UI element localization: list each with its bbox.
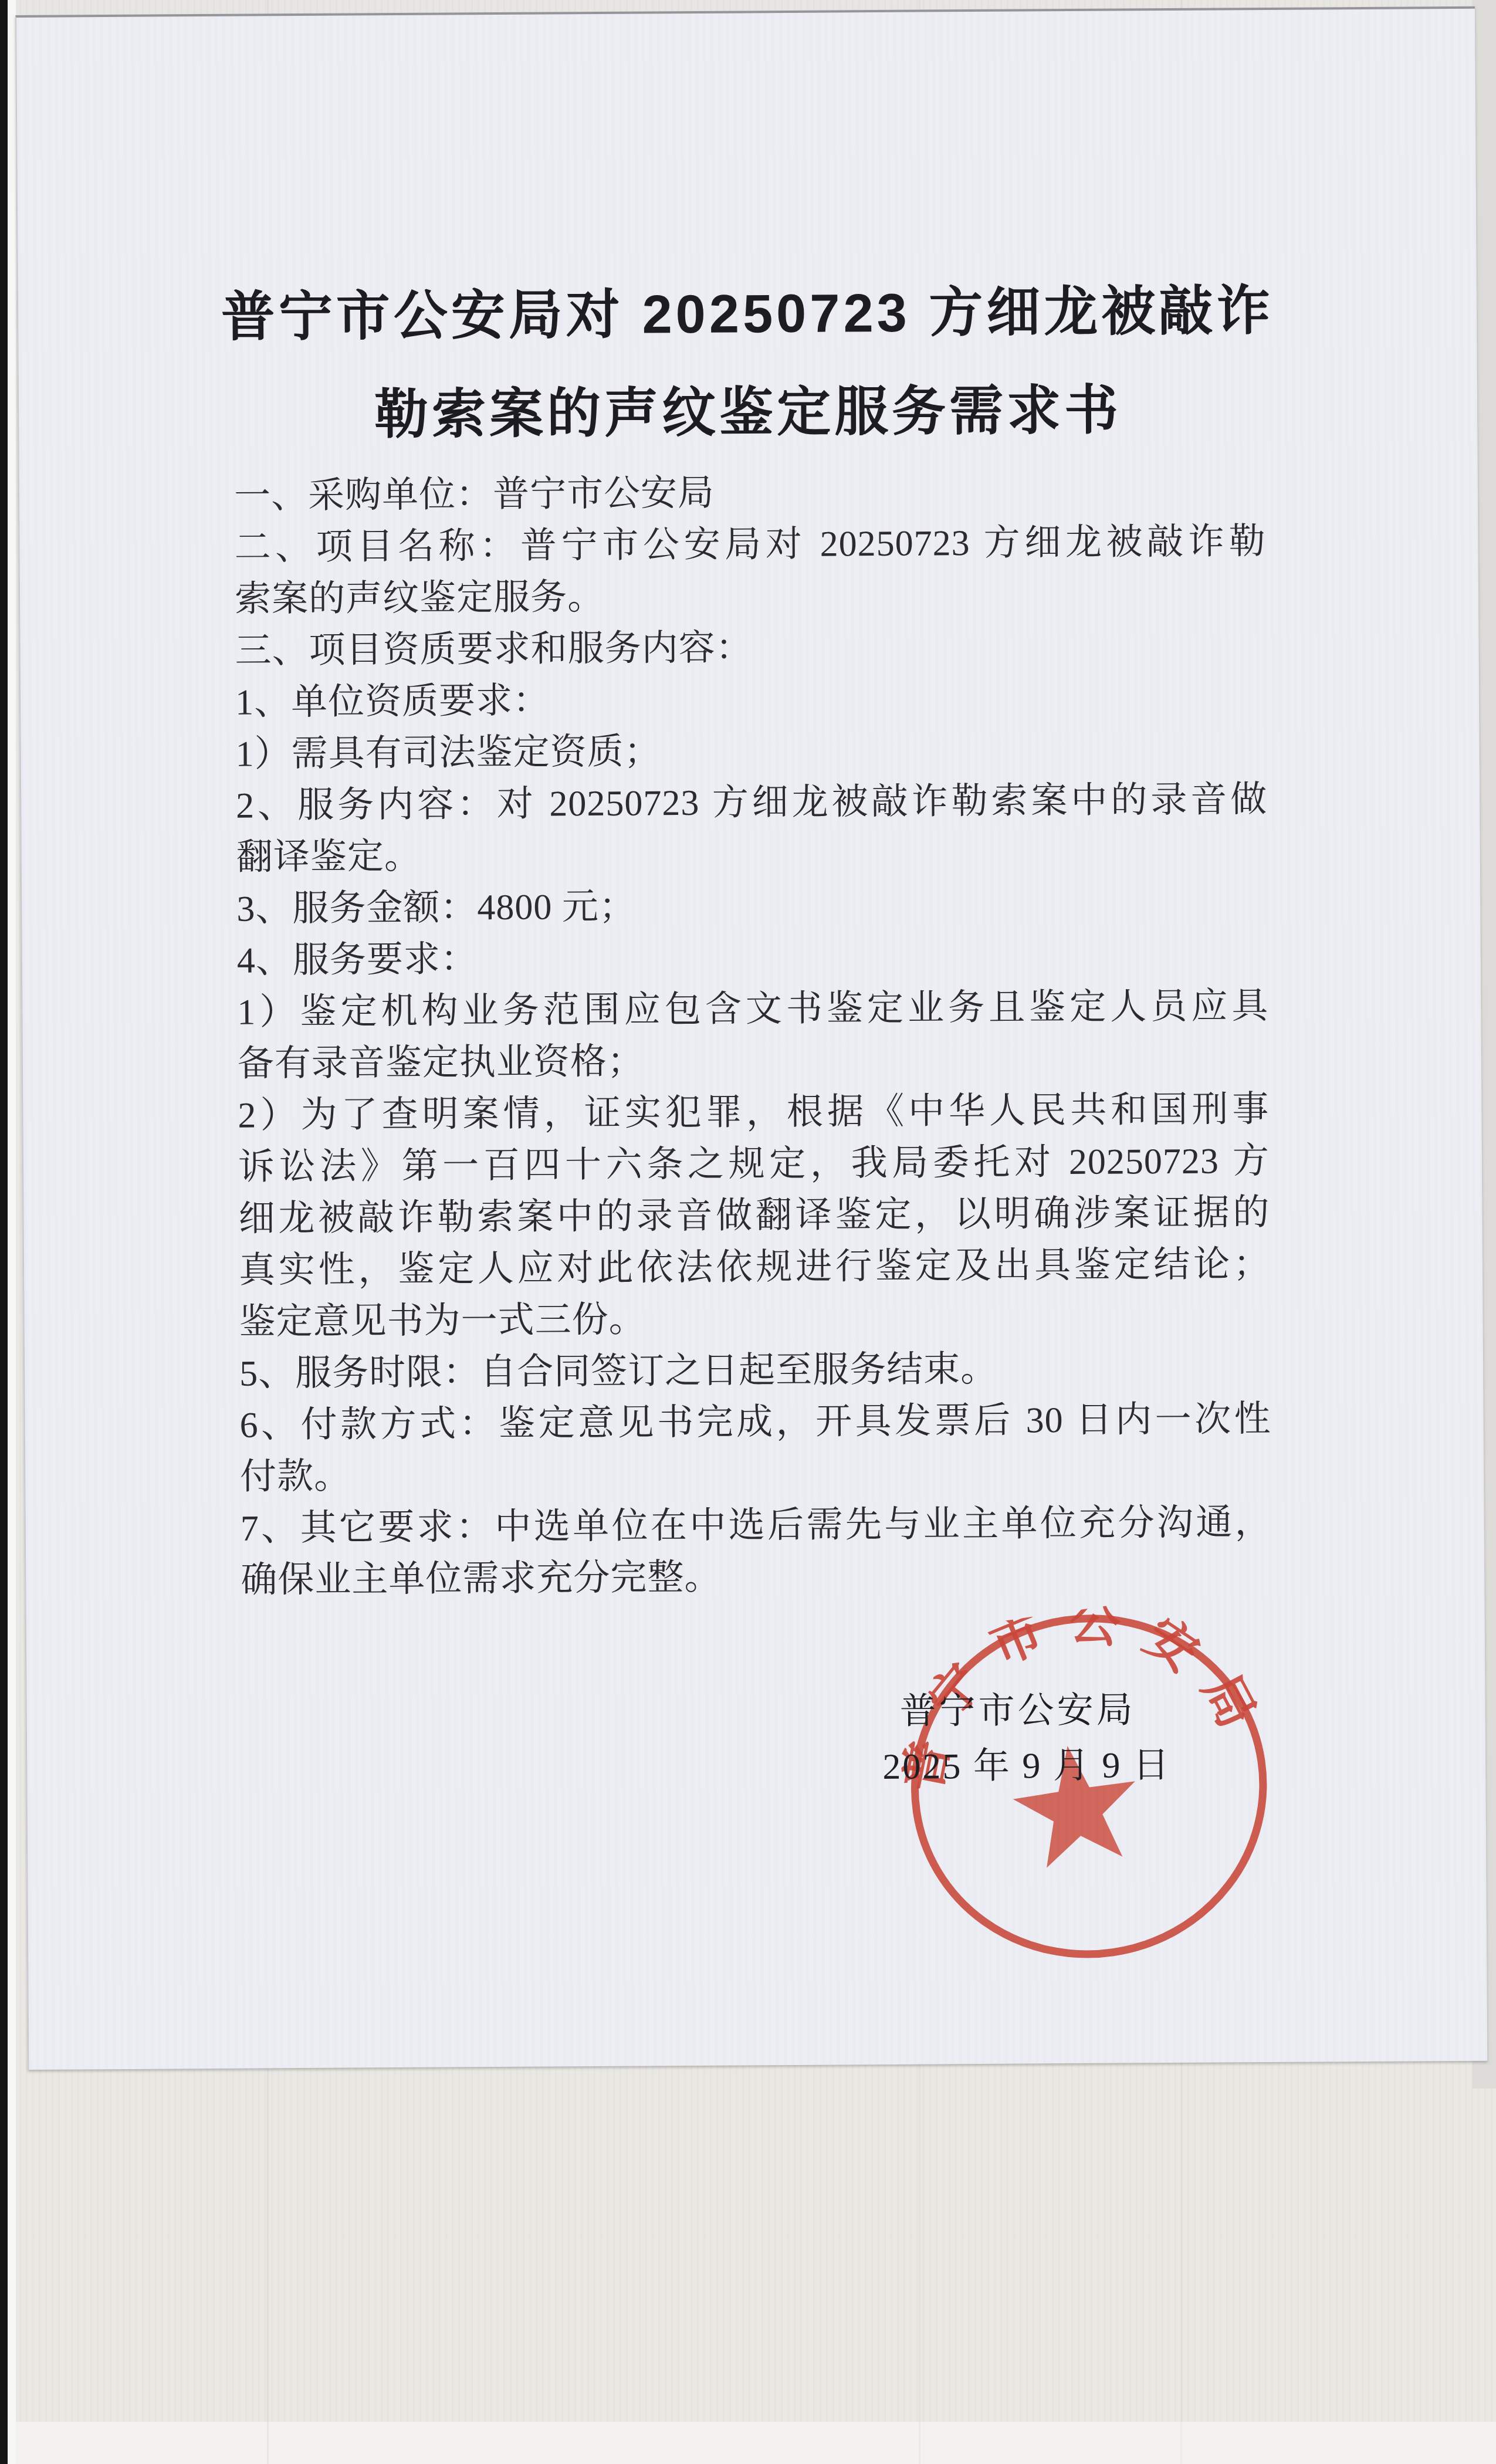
official-seal: 普宁市公安局 <box>882 1586 1296 1989</box>
body-line: 一、采购单位：普宁市公安局 <box>234 464 1266 522</box>
scan-edge-white-strip <box>8 0 16 2464</box>
body-line: 真实性，鉴定人应对此依法依规进行鉴定及出具鉴定结论； <box>239 1238 1271 1297</box>
body-lines: 一、采购单位：普宁市公安局二、项目名称：普宁市公安局对 20250723 方细龙… <box>234 464 1272 1606</box>
body-line: 备有录音鉴定执业资格； <box>238 1032 1270 1090</box>
issuer-signature: 普宁市公安局 <box>899 1690 1135 1732</box>
body-line: 确保业主单位需求充分完整。 <box>241 1548 1272 1606</box>
body-line: 细龙被敲诈勒索案中的录音做翻译鉴定，以明确涉案证据的 <box>238 1187 1270 1245</box>
body-line: 2、服务内容：对 20250723 方细龙被敲诈勒索案中的录音做 <box>236 774 1268 832</box>
document-page: 普宁市公安局对 20250723 方细龙被敲诈 勒索案的声纹鉴定服务需求书 一、… <box>15 6 1487 2070</box>
body-line: 鉴定意见书为一式三份。 <box>239 1290 1271 1348</box>
body-line: 翻译鉴定。 <box>236 825 1268 884</box>
scan-edge-black-strip <box>0 0 8 2464</box>
document-title: 普宁市公安局对 20250723 方细龙被敲诈 勒索案的声纹鉴定服务需求书 <box>18 274 1478 453</box>
body-line: 诉讼法》第一百四十六条之规定，我局委托对 20250723 方 <box>238 1135 1270 1193</box>
body-line: 7、其它要求：中选单位在中选后需先与业主单位充分沟通， <box>240 1497 1272 1555</box>
body-line: 3、服务金额：4800 元； <box>236 877 1268 935</box>
document-title-line2: 勒索案的声纹鉴定服务需求书 <box>19 373 1478 453</box>
body-line: 2）为了查明案情，证实犯罪，根据《中华人民共和国刑事 <box>238 1084 1270 1142</box>
body-line: 1）需具有司法鉴定资质； <box>235 722 1267 780</box>
issue-date: 2025 年 9 月 9 日 <box>882 1745 1171 1788</box>
body-line: 4、服务要求： <box>237 929 1269 987</box>
body-line: 索案的声纹鉴定服务。 <box>235 567 1267 625</box>
body-line: 二、项目名称：普宁市公安局对 20250723 方细龙被敲诈勒 <box>234 516 1266 574</box>
body-line: 付款。 <box>240 1445 1272 1503</box>
body-line: 1）鉴定机构业务范围应包含文书鉴定业务且鉴定人员应具 <box>237 980 1269 1038</box>
scanner-bottom-band <box>0 2422 1496 2464</box>
body-line: 1、单位资质要求： <box>235 671 1267 729</box>
body-line: 6、付款方式：鉴定意见书完成，开具发票后 30 日内一次性 <box>239 1393 1271 1451</box>
body-line: 5、服务时限：自合同签订之日起至服务结束。 <box>239 1342 1271 1400</box>
body-line: 三、项目资质要求和服务内容： <box>235 619 1267 677</box>
document-title-line1: 普宁市公安局对 20250723 方细龙被敲诈 <box>18 274 1477 354</box>
